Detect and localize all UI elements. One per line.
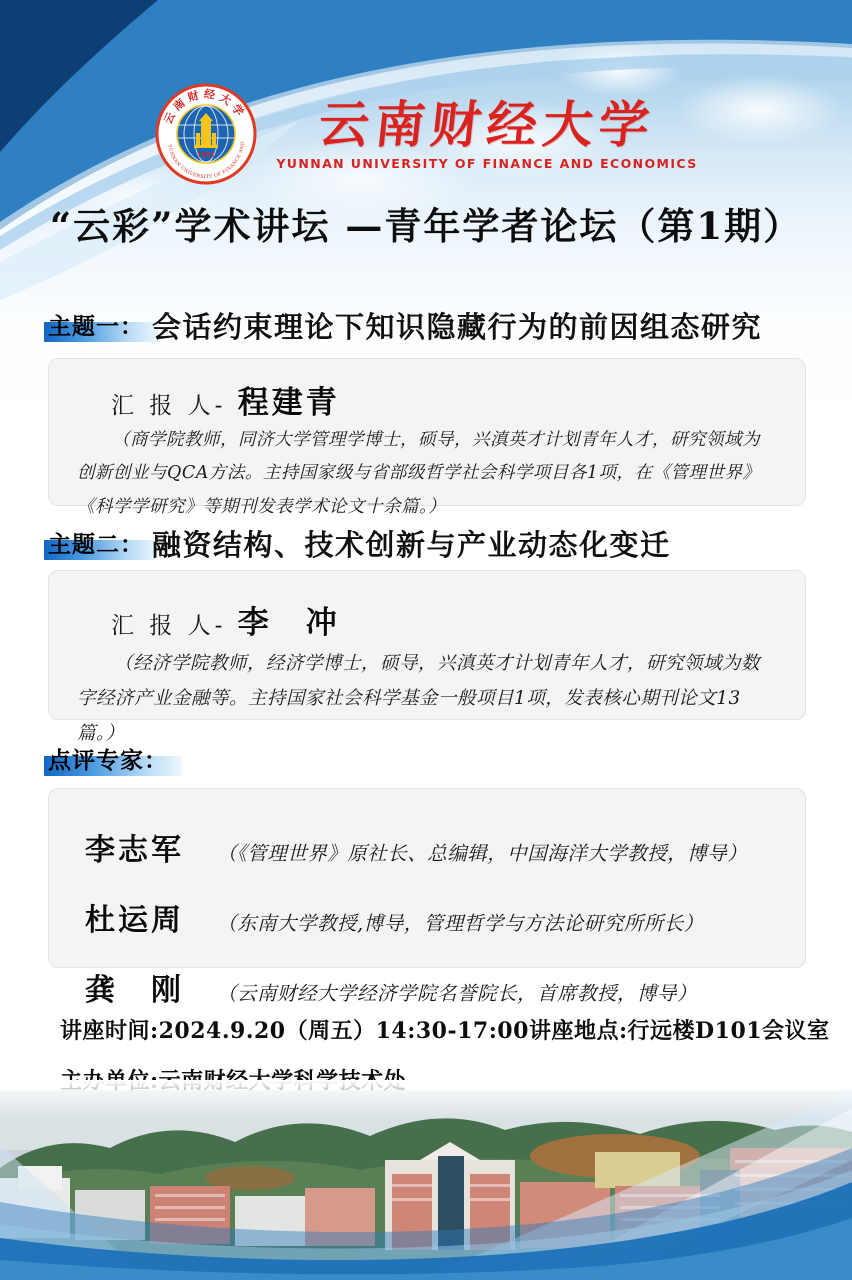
- emblem-year: 1951: [197, 151, 215, 159]
- university-logo: 云南财经大学 YUNNAN UNIVERSITY OF FINANCE AND …: [0, 82, 852, 186]
- speaker2-prefix: 汇 报 人-: [111, 613, 238, 639]
- poster-title: “云彩”学术讲坛 —青年学者论坛（第1期）: [0, 196, 852, 250]
- university-emblem-icon: 云南财经大学 YUNNAN UNIVERSITY OF FINANCE AND …: [154, 82, 258, 186]
- speaker2-bio: （经济学院教师，经济学博士，硕导，兴滇英才计划青年人才，研究领域为数字经济产业金…: [77, 646, 777, 751]
- expert-desc: （《管理世界》原社长、总编辑，中国海洋大学教授，博导）: [217, 838, 747, 866]
- speaker2-name: 李 冲: [238, 605, 340, 641]
- expert-name: 杜运周: [85, 895, 217, 939]
- lecture-info-row: 讲座时间:2024.9.20（周五）14:30-17:00 讲座地点:行远楼D1…: [60, 1014, 806, 1045]
- lecture-location: 讲座地点:行远楼D101会议室: [529, 1014, 830, 1045]
- university-names: 云南财经大学 YUNNAN UNIVERSITY OF FINANCE AND …: [276, 97, 697, 171]
- speaker1-line: 汇 报 人- 程建青: [111, 377, 805, 422]
- expert-row: 李志军 （《管理世界》原社长、总编辑，中国海洋大学教授，博导）: [85, 825, 805, 869]
- speaker1-bio: （商学院教师，同济大学管理学博士，硕导，兴滇英才计划青年人才，研究领域为创新创业…: [77, 424, 777, 524]
- topic2-title: 融资结构、技术创新与产业动态化变迁: [152, 523, 671, 564]
- expert-row: 杜运周 （东南大学教授,博导，管理哲学与方法论研究所所长）: [85, 895, 805, 939]
- topic2-label: 主题二：: [48, 526, 144, 559]
- topic1-title: 会话约束理论下知识隐藏行为的前因组态研究: [152, 305, 762, 346]
- expert-name: 龚 刚: [85, 965, 217, 1009]
- speaker1-prefix: 汇 报 人-: [111, 393, 238, 419]
- experts-card: 李志军 （《管理世界》原社长、总编辑，中国海洋大学教授，博导） 杜运周 （东南大…: [48, 788, 806, 968]
- expert-desc: （云南财经大学经济学院名誉院长，首席教授，博导）: [217, 978, 697, 1006]
- lecture-time: 讲座时间:2024.9.20（周五）14:30-17:00: [60, 1014, 529, 1045]
- topic1-label: 主题一：: [48, 308, 144, 341]
- photo-top-fade: [0, 1080, 852, 1120]
- poster: 云南财经大学 YUNNAN UNIVERSITY OF FINANCE AND …: [0, 0, 852, 1280]
- expert-name: 李志军: [85, 825, 217, 869]
- speaker1-card: 汇 报 人- 程建青 （商学院教师，同济大学管理学博士，硕导，兴滇英才计划青年人…: [48, 358, 806, 506]
- university-name-en: YUNNAN UNIVERSITY OF FINANCE AND ECONOMI…: [276, 156, 697, 171]
- experts-label: 点评专家：: [48, 742, 168, 775]
- university-name-cn: 云南财经大学: [316, 97, 658, 152]
- speaker1-name: 程建青: [238, 385, 340, 421]
- speaker2-card: 汇 报 人- 李 冲 （经济学院教师，经济学博士，硕导，兴滇英才计划青年人才，研…: [48, 570, 806, 720]
- speaker2-line: 汇 报 人- 李 冲: [111, 597, 805, 642]
- expert-desc: （东南大学教授,博导，管理哲学与方法论研究所所长）: [217, 908, 704, 936]
- expert-row: 龚 刚 （云南财经大学经济学院名誉院长，首席教授，博导）: [85, 965, 805, 1009]
